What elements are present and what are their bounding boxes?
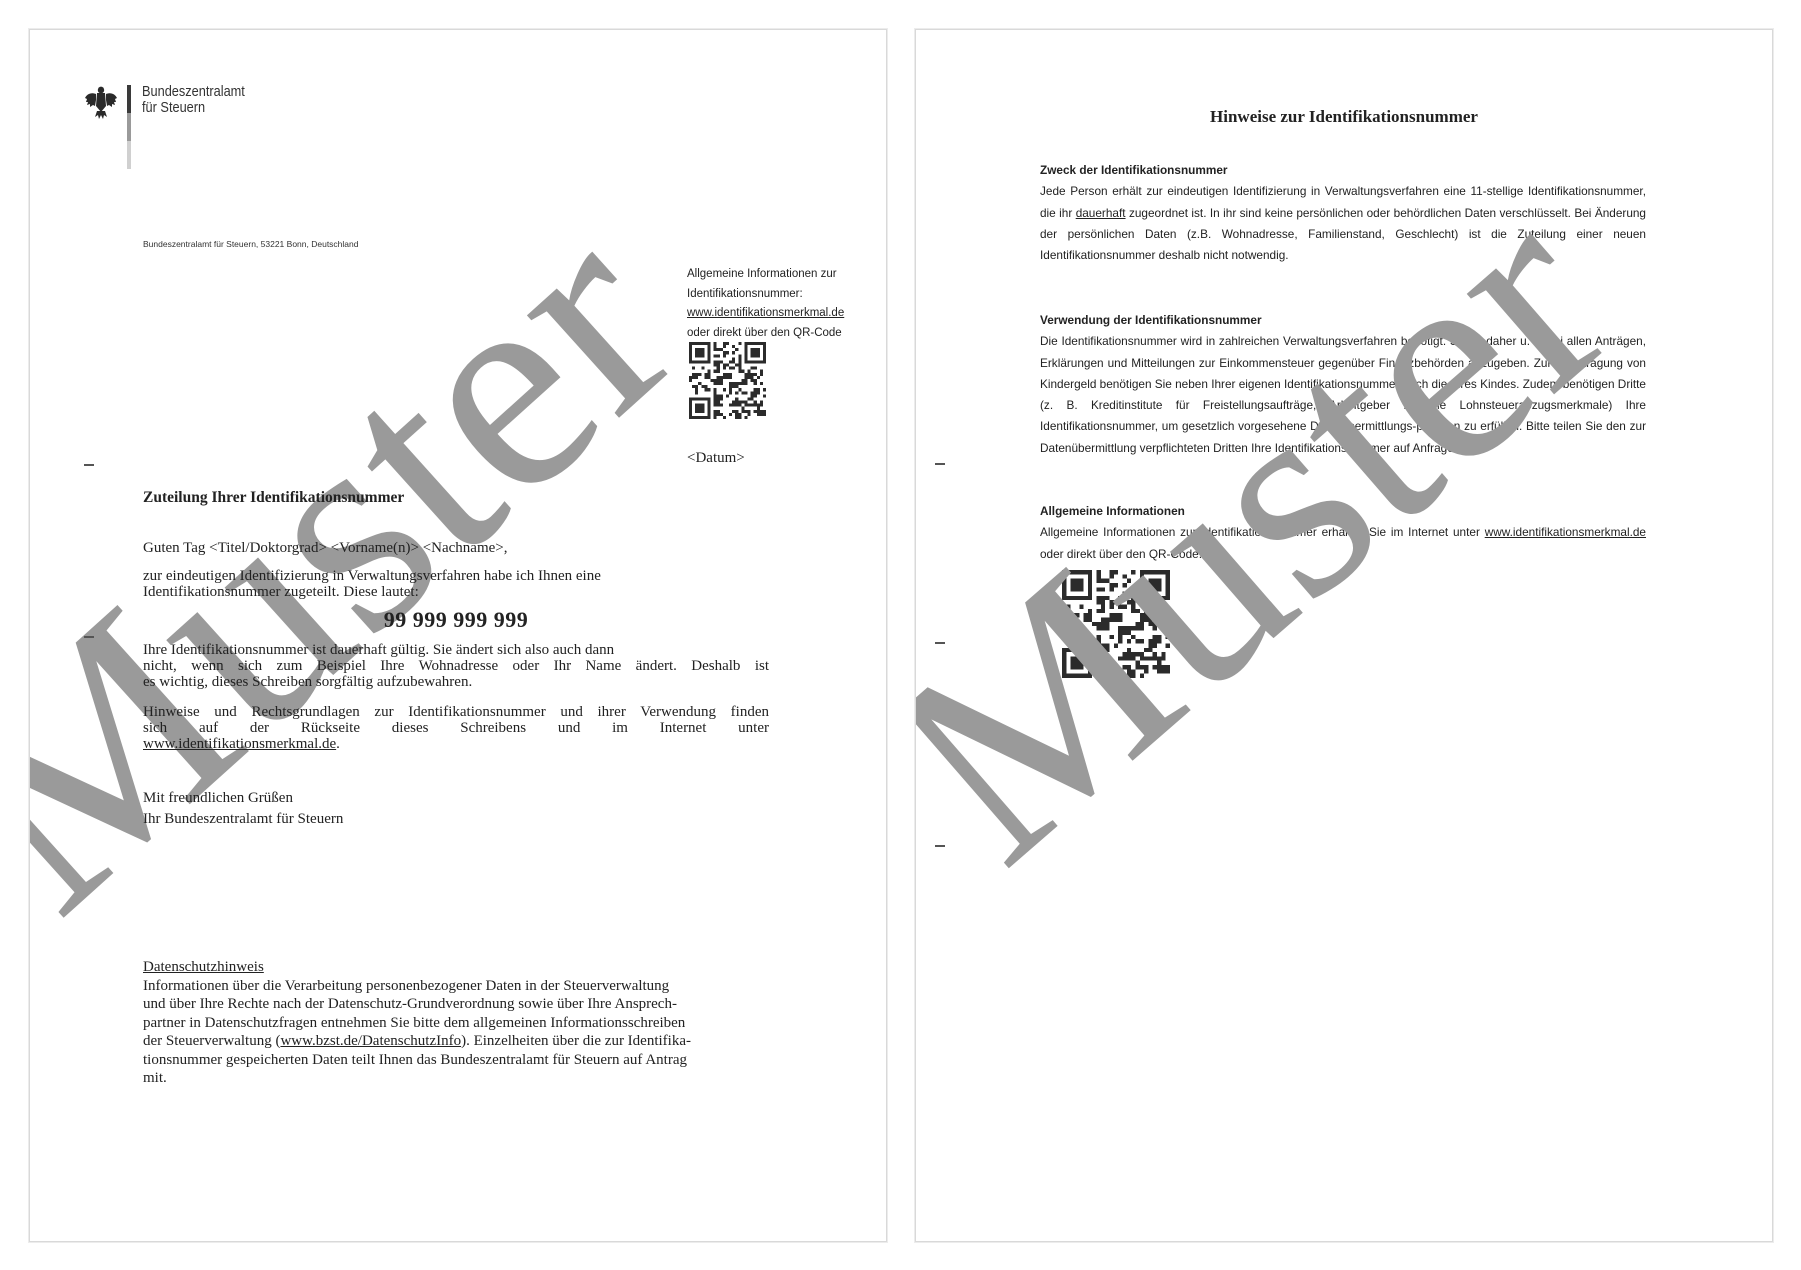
paragraph-references: Hinweise und Rechtsgrundlagen zur Identi… xyxy=(143,704,769,752)
text-part: Allgemeine Informationen zur Identifikat… xyxy=(1040,525,1485,539)
greeting: Guten Tag <Titel/Doktorgrad> <Vorname(n)… xyxy=(143,540,769,556)
closing-line2: Ihr Bundeszentralamt für Steuern xyxy=(143,809,343,830)
closing-line1: Mit freundlichen Grüßen xyxy=(143,788,343,809)
info-block: Allgemeine Informationen zur Identifikat… xyxy=(687,265,844,343)
privacy-line1: Informationen über die Verarbeitung pers… xyxy=(143,977,769,996)
qr-code-icon[interactable] xyxy=(1062,570,1170,678)
agency-logo-text: Bundeszentralamt für Steuern xyxy=(142,84,245,116)
section-heading: Zweck der Identifikationsnummer xyxy=(1040,160,1646,181)
text-part: zugeordnet ist. In ihr sind keine persön… xyxy=(1040,206,1646,263)
section-usage: Verwendung der Identifikationsnummer Die… xyxy=(1040,310,1646,459)
references-link[interactable]: www.identifikationsmerkmal.de xyxy=(143,736,336,752)
fold-mark xyxy=(935,845,945,847)
para1-line1: zur eindeutigen Identifizierung in Verwa… xyxy=(143,568,769,584)
paragraph-assignment: zur eindeutigen Identifizierung in Verwa… xyxy=(143,568,769,600)
text-part: oder direkt über den QR-Code. xyxy=(1040,547,1202,561)
letter-subject: Zuteilung Ihrer Identifikationsnummer xyxy=(143,489,404,507)
fold-mark xyxy=(935,642,945,644)
privacy-link[interactable]: www.bzst.de/DatenschutzInfo xyxy=(280,1033,461,1049)
paragraph-validity: Ihre Identifikationsnummer ist dauerhaft… xyxy=(143,642,769,690)
para1-line2: Identifikationsnummer zugeteilt. Diese l… xyxy=(143,584,769,600)
qr-code-icon[interactable] xyxy=(689,342,766,419)
section-heading: Allgemeine Informationen xyxy=(1040,501,1646,522)
privacy-line4-pre: der Steuerverwaltung ( xyxy=(143,1033,280,1049)
date-placeholder: <Datum> xyxy=(687,450,745,467)
fold-mark xyxy=(84,636,94,638)
para3-line2: sich auf der Rückseite dieses Schreibens… xyxy=(143,720,769,736)
back-page-title: Hinweise zur Identifikationsnummer xyxy=(916,107,1772,127)
logo-line-1: Bundeszentralamt xyxy=(142,84,245,100)
privacy-line3: partner in Datenschutzfragen entnehmen S… xyxy=(143,1014,769,1033)
closing: Mit freundlichen Grüßen Ihr Bundeszentra… xyxy=(143,788,343,830)
letter-page-back: Hinweise zur Identifikationsnummer Zweck… xyxy=(915,29,1773,1242)
identification-number: 99 999 999 999 xyxy=(143,607,769,633)
para3-line1: Hinweise und Rechtsgrundlagen zur Identi… xyxy=(143,704,769,720)
info-link[interactable]: www.identifikationsmerkmal.de xyxy=(687,304,844,324)
section-purpose: Zweck der Identifikationsnummer Jede Per… xyxy=(1040,160,1646,266)
federal-eagle-icon xyxy=(85,82,117,120)
para3-end: . xyxy=(336,736,340,752)
privacy-line6: mit. xyxy=(143,1069,769,1088)
info-line-2: Identifikationsnummer: xyxy=(687,285,844,305)
letter-page-front: Muster Bundeszentralamt für Steuern Bund… xyxy=(29,29,887,1242)
page-back-content: Hinweise zur Identifikationsnummer Zweck… xyxy=(916,30,1772,1241)
logo-color-bar xyxy=(127,85,131,169)
section-text: Die Identifikationsnummer wird in zahlre… xyxy=(1040,331,1646,459)
para2-line2: nicht, wenn sich zum Beispiel Ihre Wohna… xyxy=(143,658,769,674)
section-heading: Verwendung der Identifikationsnummer xyxy=(1040,310,1646,331)
privacy-notice: Datenschutzhinweis Informationen über di… xyxy=(143,958,769,1088)
section-general-info: Allgemeine Informationen Allgemeine Info… xyxy=(1040,501,1646,565)
info-line-1: Allgemeine Informationen zur xyxy=(687,265,844,285)
fold-mark xyxy=(935,463,945,465)
privacy-line5: tionsnummer gespeicherten Daten teilt Ih… xyxy=(143,1051,769,1070)
section-text: Jede Person erhält zur eindeutigen Ident… xyxy=(1040,181,1646,266)
para2-line1: Ihre Identifikationsnummer ist dauerhaft… xyxy=(143,642,769,658)
section-text: Allgemeine Informationen zur Identifikat… xyxy=(1040,522,1646,565)
sender-return-address: Bundeszentralamt für Steuern, 53221 Bonn… xyxy=(143,239,358,249)
privacy-line2: und über Ihre Rechte nach der Datenschut… xyxy=(143,995,769,1014)
page-front-content: Bundeszentralamt für Steuern Bundeszentr… xyxy=(30,30,886,1241)
text-underlined: dauerhaft xyxy=(1076,206,1126,220)
fold-mark xyxy=(84,464,94,466)
info-line-4: oder direkt über den QR-Code xyxy=(687,324,844,344)
logo-line-2: für Steuern xyxy=(142,100,245,116)
privacy-line4-post: ). Einzelheiten über die zur Identifika- xyxy=(461,1033,691,1049)
privacy-heading: Datenschutzhinweis xyxy=(143,958,769,977)
para2-line3: es wichtig, dieses Schreiben sorgfältig … xyxy=(143,674,769,690)
general-info-link[interactable]: www.identifikationsmerkmal.de xyxy=(1485,525,1646,539)
